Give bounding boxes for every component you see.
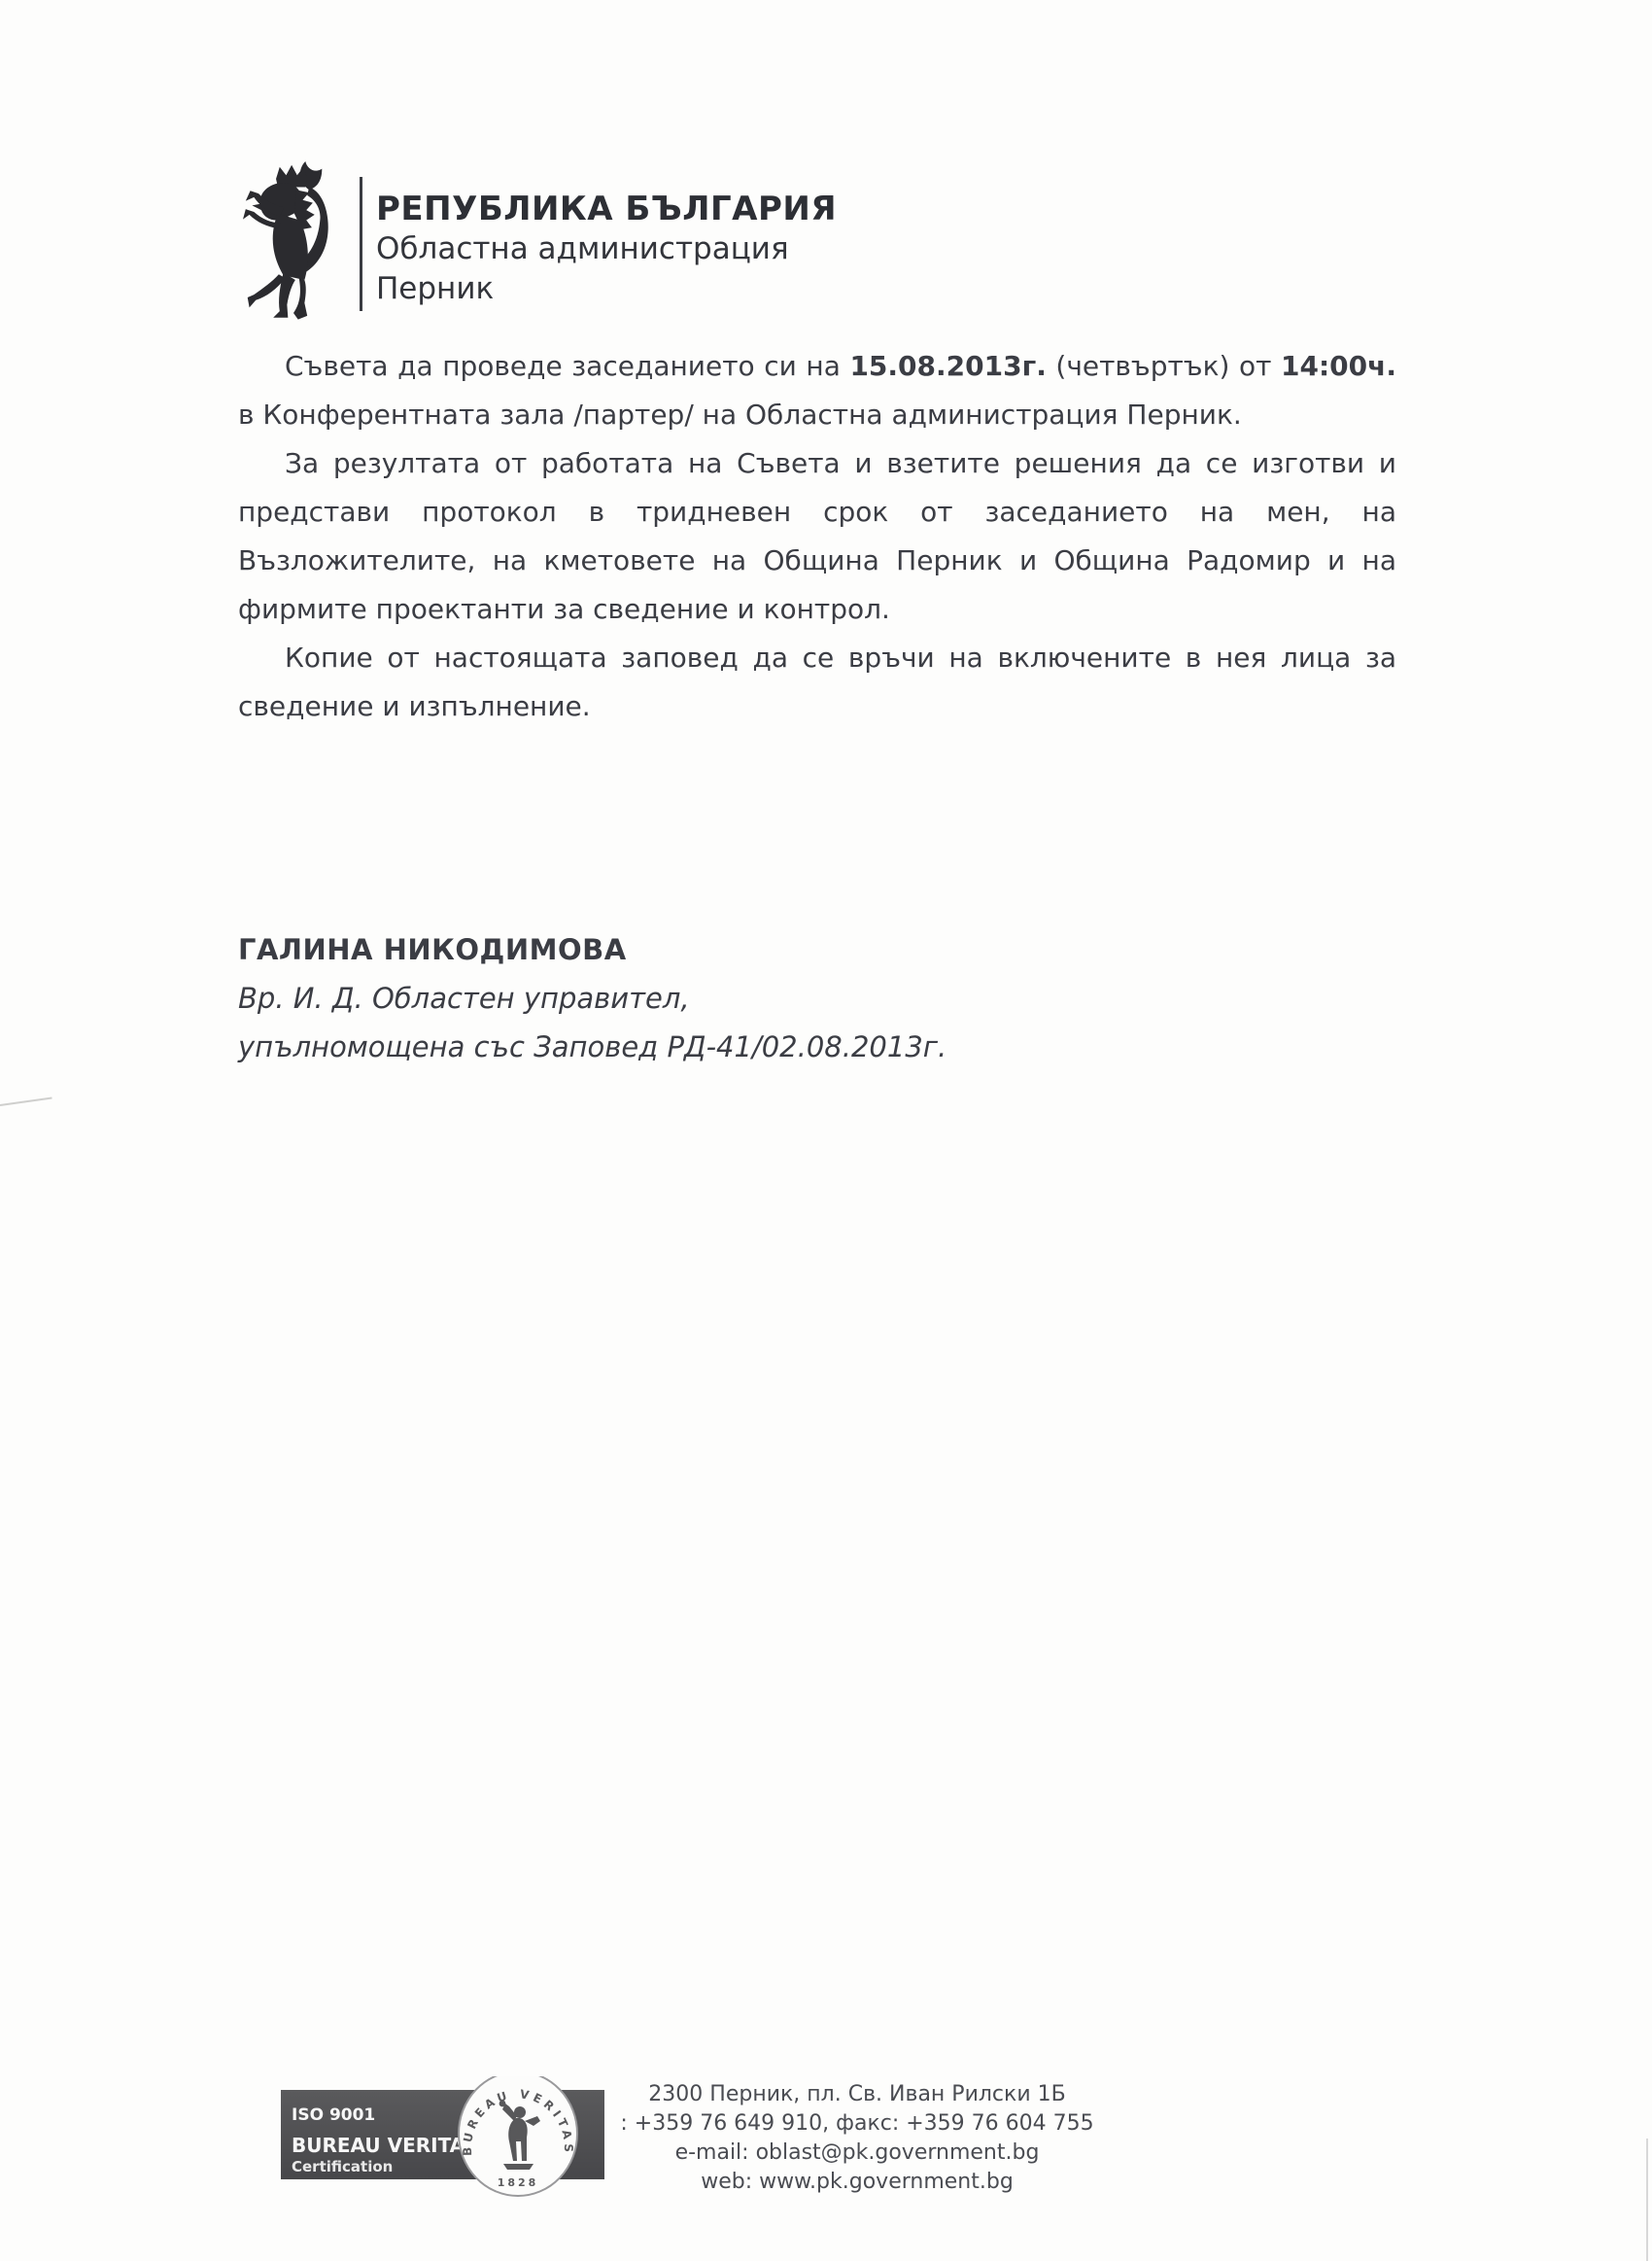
document-page: РЕПУБЛИКА БЪЛГАРИЯ Областна администраци… [0,0,1652,2261]
country-title: РЕПУБЛИКА БЪЛГАРИЯ [376,189,837,229]
bureau-veritas-seal-icon: BUREAU VERITAS 1828 [459,2076,577,2196]
text-run: 14:00ч. [1281,350,1396,382]
text-run: в Конферентната зала /партер/ на Областн… [238,399,1242,431]
text-run: Съвета да проведе заседанието си на [285,350,849,382]
administration-city: Перник [376,269,837,309]
seal-year: 1828 [498,2176,539,2189]
badge-company-label: BUREAU VERITAS [292,2134,479,2157]
signatory-name: ГАЛИНА НИКОДИМОВА [238,925,946,974]
signatory-authorization: упълномощена със Заповед РД-41/02.08.201… [238,1023,946,1071]
text-run: За резултата от работата на Съвета и взе… [238,447,1396,625]
text-run: Копие от настоящата заповед да се връчи … [238,642,1396,722]
footer-contact-block: 2300 Перник, пл. Св. Иван Рилски 1Б : +3… [581,2080,1133,2197]
letter-body: Съвета да проведе заседанието си на 15.0… [238,342,1396,731]
footer-web: web: www.pk.government.bg [581,2168,1133,2197]
paragraph-protocol: За резултата от работата на Съвета и взе… [238,439,1396,634]
footer-email: e-mail: oblast@pk.government.bg [581,2139,1133,2168]
administration-subtitle: Областна администрация [376,229,837,269]
signature-block: ГАЛИНА НИКОДИМОВА Вр. И. Д. Областен упр… [238,925,946,1071]
badge-certification-label: Certification [292,2158,393,2175]
paragraph-session: Съвета да проведе заседанието си на 15.0… [238,342,1396,439]
badge-iso-label: ISO 9001 [292,2105,375,2125]
letterhead: РЕПУБЛИКА БЪЛГАРИЯ Областна администраци… [243,154,837,338]
footer-phone: : +359 76 649 910, факс: +359 76 604 755 [581,2109,1133,2139]
text-run: (четвъртък) от [1047,350,1281,382]
signatory-title: Вр. И. Д. Областен управител, [238,974,946,1023]
letterhead-text: РЕПУБЛИКА БЪЛГАРИЯ Областна администраци… [376,154,837,309]
header-divider [360,177,362,311]
text-run: 15.08.2013г. [849,350,1046,382]
iso-certification-badge: ISO 9001 BUREAU VERITAS Certification BU… [275,2076,610,2203]
paragraph-copy: Копие от настоящата заповед да се връчи … [238,634,1396,731]
scan-edge-line [1646,2139,1648,2261]
scan-artifact-line [0,1096,52,1105]
bulgaria-lion-emblem-icon [243,154,344,338]
footer-address: 2300 Перник, пл. Св. Иван Рилски 1Б [581,2080,1133,2109]
